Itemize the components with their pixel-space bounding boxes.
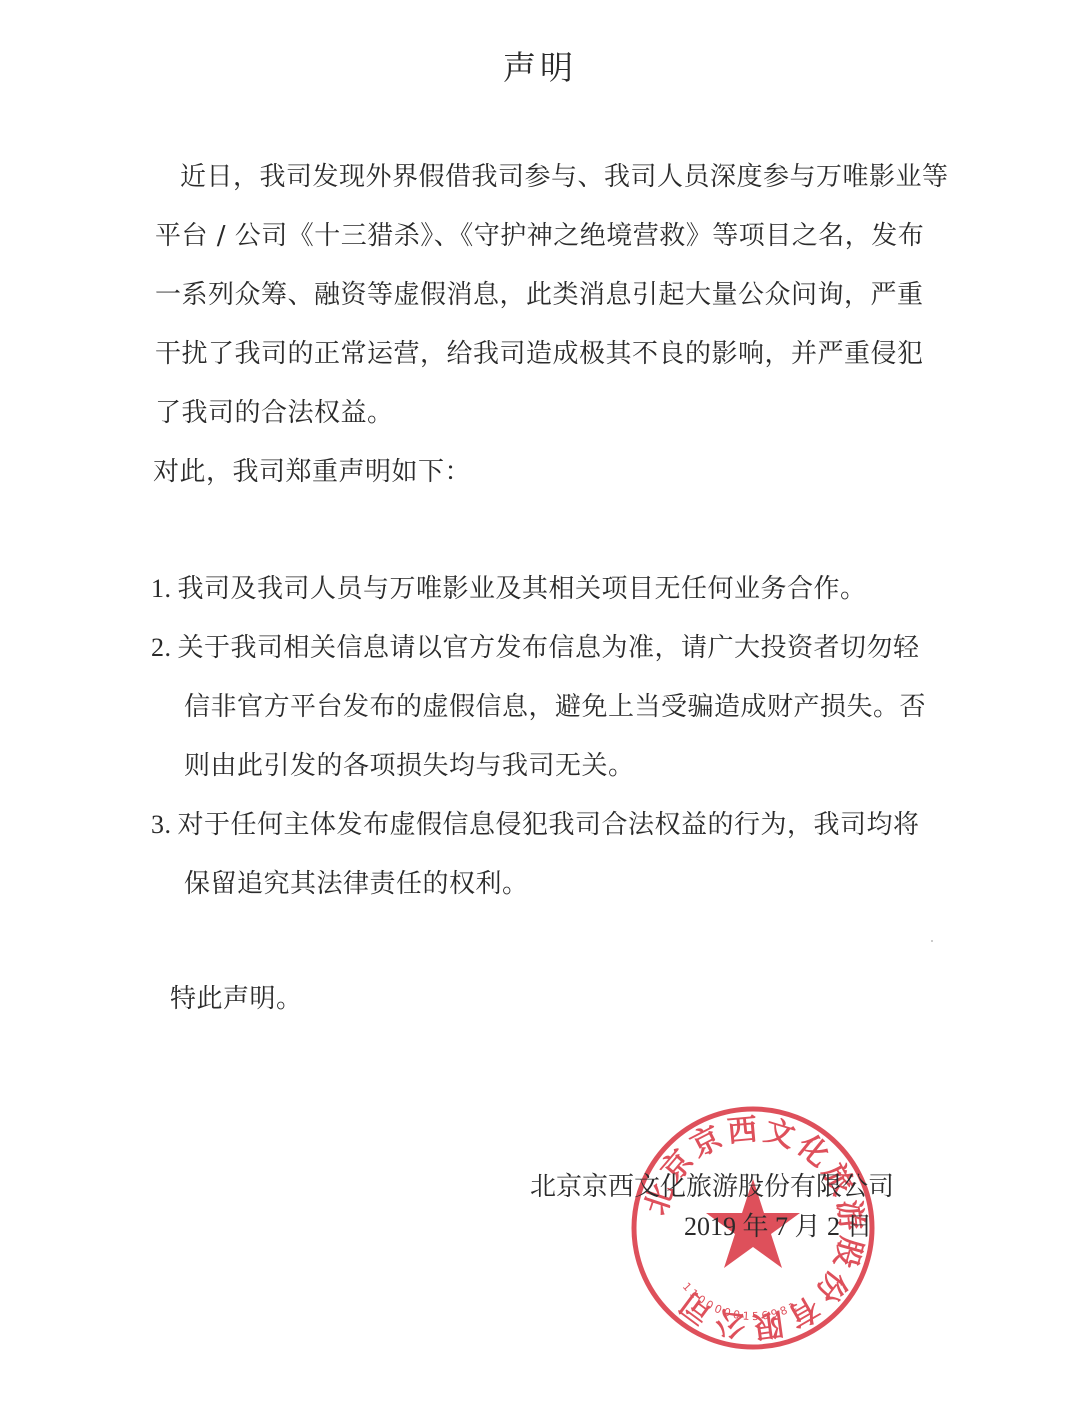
signature-date: 2019 年 7 月 2 日	[684, 1206, 873, 1243]
intro-line-3: 一系列众筹、融资等虚假消息，此类消息引起大量公众问询，严重	[155, 274, 924, 311]
list-item-3-continuation-1: 保留追究其法律责任的权利。	[184, 863, 529, 900]
intro-line-1: 近日，我司发现外界假借我司参与、我司人员深度参与万唯影业等	[180, 156, 949, 193]
document-title: 声明	[0, 42, 1080, 89]
list-item-text: 关于我司相关信息请以官方发布信息为准，请广大投资者切勿轻	[178, 633, 920, 663]
intro-line-5: 了我司的合法权益。	[155, 392, 394, 429]
list-item-text: 对于任何主体发布虚假信息侵犯我司合法权益的行为，我司均将	[178, 810, 920, 840]
signature-company: 北京京西文化旅游股份有限公司	[530, 1166, 894, 1203]
list-item-3: 3.对于任何主体发布虚假信息侵犯我司合法权益的行为，我司均将	[151, 804, 920, 841]
lead-in: 对此，我司郑重声明如下：	[153, 451, 471, 488]
intro-line-2: 平台 / 公司《十三猎杀》、《守护神之绝境营救》等项目之名，发布	[155, 215, 924, 252]
list-item-2: 2.关于我司相关信息请以官方发布信息为准，请广大投资者切勿轻	[151, 627, 920, 664]
list-item-2-continuation-2: 则由此引发的各项损失均与我司无关。	[184, 745, 635, 782]
list-item-2-continuation-1: 信非官方平台发布的虚假信息，避免上当受骗造成财产损失。否	[184, 686, 926, 723]
document-page: 声明 近日，我司发现外界假借我司参与、我司人员深度参与万唯影业等 平台 / 公司…	[0, 0, 1080, 1401]
list-item-number: 3.	[151, 810, 172, 839]
list-item-number: 1.	[151, 574, 172, 603]
closing-statement: 特此声明。	[170, 978, 303, 1015]
intro-line-4: 干扰了我司的正常运营，给我司造成极其不良的影响，并严重侵犯	[155, 333, 924, 370]
list-item-number: 2.	[151, 633, 172, 662]
list-item-text: 我司及我司人员与万唯影业及其相关项目无任何业务合作。	[178, 574, 867, 604]
scan-speck	[931, 940, 933, 942]
list-item-1: 1.我司及我司人员与万唯影业及其相关项目无任何业务合作。	[151, 568, 867, 605]
